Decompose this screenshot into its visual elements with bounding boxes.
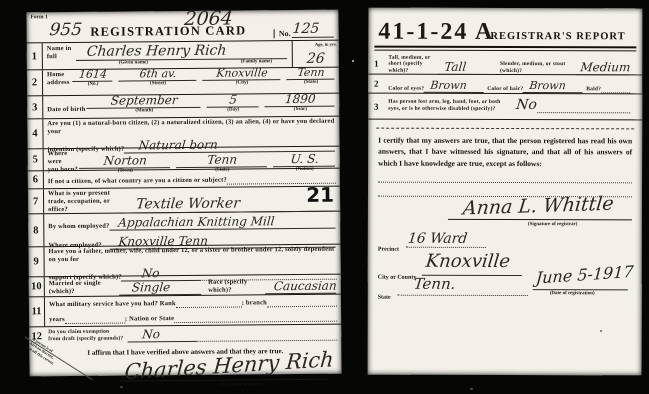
precinct-value: 16 Ward	[407, 231, 468, 247]
row-8-number: 8	[28, 214, 44, 246]
question-home-address: Home address	[47, 71, 73, 87]
row-3-number: 3	[27, 96, 43, 118]
answer-race: Caucasian	[265, 279, 337, 295]
no-label: No.	[274, 29, 293, 38]
card-row-8: 8 By whom employed? Appalachian Knitting…	[28, 212, 340, 248]
sublabel-state: (State)	[304, 80, 318, 85]
exception-blank-1	[378, 182, 632, 184]
dust-speck	[352, 60, 354, 62]
answer-address-city: Knoxville	[202, 66, 281, 81]
card-row-5: 5 Where wereyou born? Norton(Town) Tenn(…	[28, 147, 340, 172]
sublabel-month: (Month)	[135, 108, 153, 113]
question-military-rank: What military service have you had? Rank	[49, 300, 176, 309]
registrars-report: 41-1-24 A REGISTRAR'S REPORT 1 Tall, med…	[368, 8, 643, 376]
row-9-number: 9	[28, 247, 44, 276]
answer-address-state: Tenn	[286, 66, 335, 80]
registrar-signature-label: (Signature of registrar)	[528, 223, 578, 228]
card-row-10: 10 Married or single (which)? Single Rac…	[29, 275, 341, 298]
card-row-7: 7 What is your presenttrade, occupation,…	[28, 187, 340, 215]
answer-disabled-blank	[537, 100, 630, 113]
sublabel-no: (No.)	[88, 82, 99, 87]
answer-by-whom-employed: Appalachian Knitting Mill	[110, 214, 337, 231]
date-value: June 5-1917	[535, 262, 634, 288]
document-scan: Form 1 955 REGISTRATION CARD 2064 No. 12…	[0, 0, 649, 394]
answer-exemption-blank	[198, 331, 337, 342]
answer-disabled: No	[505, 97, 537, 113]
row-10-number: 10	[29, 277, 45, 296]
report-footer: Precinct 16 Ward City or County Knoxvill…	[378, 233, 632, 314]
card-row-3: 3 Date of birth September(Month) 5(Day) …	[27, 94, 339, 120]
dust-speck	[600, 330, 602, 332]
report-row-2-number: 2	[368, 75, 384, 92]
question-married-single: Married or single (which)?	[49, 280, 121, 297]
answer-born-town: Norton	[79, 153, 171, 169]
answer-exemption: No	[128, 327, 199, 343]
row-1-number: 1	[27, 43, 43, 69]
question-date-of-birth: Date of birth	[47, 106, 87, 114]
registrar-signature-rule	[448, 219, 632, 220]
dust-speck	[120, 386, 123, 388]
answer-bald-blank	[601, 83, 630, 93]
question-build: Slender, medium, or stout (which)?	[496, 61, 576, 75]
answer-married-single: Single	[119, 280, 202, 296]
card-row-11: 11 What military service have you had? R…	[29, 295, 341, 328]
question-disabled: Has person lost arm, leg, hand, foot, or…	[388, 99, 506, 113]
question-not-citizen: If not a citizen, of what country are yo…	[48, 177, 227, 187]
row-7-number: 7	[28, 189, 44, 213]
registrar-signature-block: Anna L. Whittle (Signature of registrar)	[378, 197, 632, 232]
row-11-number: 11	[29, 297, 45, 326]
form-number-handwritten: 955	[49, 20, 83, 40]
answer-build: Medium	[576, 60, 632, 75]
report-row-1: 1 Tall, medium, orshort (specify which)?…	[368, 52, 642, 75]
card-row-4: 4 Are you (1) a natural-born citizen, (2…	[27, 117, 339, 150]
stamp-division-number: 21	[306, 183, 334, 207]
blank-branch	[267, 298, 337, 308]
stamp-serial-number: 2064	[183, 8, 233, 30]
signature-or-mark-label: (Signature or mark)	[220, 382, 263, 387]
row-2-number: 2	[27, 70, 43, 95]
question-bald: Bald?	[583, 86, 601, 93]
answer-address-no: 1614	[72, 68, 113, 82]
question-hair-color: Color of hair?	[484, 86, 523, 93]
sublabel-street: (Street)	[150, 81, 166, 86]
registration-card-header: Form 1 955 REGISTRATION CARD 2064 No. 12…	[26, 10, 338, 44]
question-eye-color: Color of eyes?	[388, 85, 424, 92]
question-citizenship-line1: Are you (1) a natural-born citizen, (2) …	[47, 118, 335, 137]
question-trade: What is your presenttrade, occupation, o…	[48, 190, 120, 215]
question-military-years: years	[49, 316, 65, 324]
sublabel-family-name: (Family name)	[225, 59, 288, 65]
report-row-3: 3 Has person lost arm, leg, hand, foot, …	[368, 93, 642, 120]
question-military-nation: ; Nation or State	[125, 315, 174, 324]
answer-name: Charles Henry Rich	[76, 42, 289, 61]
report-stamp-number: 41-1-24 A	[378, 22, 494, 44]
answer-birth-month: September	[86, 93, 201, 109]
form-number-label: Form 1	[30, 14, 47, 20]
header-double-rule	[374, 45, 636, 51]
report-row-3-number: 3	[368, 94, 384, 118]
registration-card: Form 1 955 REGISTRATION CARD 2064 No. 12…	[26, 10, 341, 377]
precinct-label: Precinct	[378, 247, 399, 253]
date-label: (Date of registration)	[550, 292, 595, 297]
question-military-branch: ; branch	[242, 299, 267, 307]
cut-corner: If person is of African descent, cut off…	[23, 330, 97, 381]
answer-eye-color: Brown	[424, 78, 486, 92]
row-5-number: 5	[28, 149, 44, 170]
answer-hair-color: Brown	[523, 79, 585, 93]
blank-nation	[174, 313, 337, 323]
answer-born-nation: U. S.	[273, 152, 336, 168]
row-6-number: 6	[28, 171, 44, 188]
age-label: Age, in yrs.	[315, 42, 337, 47]
question-height: Tall, medium, orshort (specify which)?	[388, 54, 438, 75]
city-label: City or County	[378, 275, 417, 281]
age-value-handwritten: 26	[306, 51, 325, 67]
sublabel-year: (Year)	[294, 107, 307, 112]
sublabel-day: (Day)	[227, 108, 239, 113]
answer-birth-year: 1890	[264, 92, 335, 108]
date-rule	[533, 290, 628, 291]
answer-height: Tall	[437, 60, 497, 75]
blank-rank	[176, 299, 242, 309]
blank-years	[65, 315, 125, 325]
sublabel-city: (City)	[236, 81, 249, 86]
state-rule	[398, 295, 528, 296]
report-header: 41-1-24 A REGISTRAR'S REPORT	[368, 8, 642, 44]
certification-text: I certify that my answers are true, that…	[368, 128, 642, 170]
dust-speck	[470, 388, 473, 390]
question-name: Name in full	[47, 45, 77, 62]
report-row-2: 2 Color of eyes? Brown Color of hair? Br…	[368, 74, 642, 94]
question-by-whom-employed: By whom employed?	[48, 223, 110, 232]
no-value-handwritten: 125	[292, 21, 336, 38]
sublabel-given-name: (Given name)	[102, 60, 165, 66]
answer-birth-day: 5	[206, 92, 259, 107]
answer-address-street: 6th av.	[118, 67, 197, 82]
state-label: State	[378, 295, 391, 301]
state-value: Tenn.	[413, 275, 457, 293]
precinct-rule	[406, 247, 486, 248]
question-dependents-line1: Have you a father, mother, wife, child u…	[48, 246, 336, 265]
row-4-number: 4	[27, 119, 43, 148]
age-box: Age, in yrs. 26	[292, 41, 339, 67]
report-row-1-number: 1	[368, 53, 384, 73]
card-row-9: 9 Have you a father, mother, wife, child…	[28, 245, 340, 278]
answer-born-state: Tenn	[176, 153, 268, 169]
report-title: REGISTRAR'S REPORT	[490, 31, 625, 44]
question-race: Race (specify which)?	[202, 278, 266, 295]
cut-corner-note: If person is of African descent, cut off…	[26, 336, 63, 367]
city-value: Knoxville	[425, 251, 511, 272]
registrar-signature: Anna L. Whittle	[462, 193, 615, 220]
